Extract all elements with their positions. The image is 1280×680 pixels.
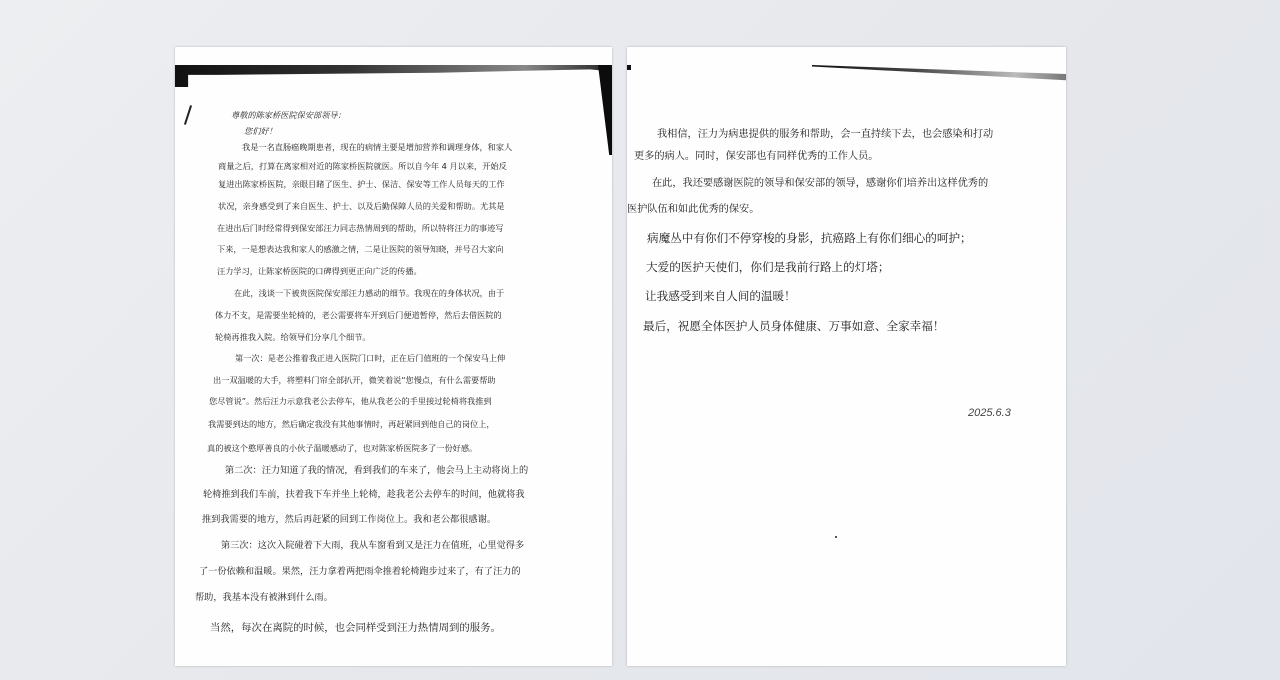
paragraph-line: 更多的病人。同时，保安部也有同样优秀的工作人员。 (634, 151, 879, 163)
paragraph-line: 轮椅再推我入院。给领导们分享几个细节。 (215, 331, 371, 343)
paragraph-line: 当然，每次在离院的时候，也会同样受到汪力热情周到的服务。 (210, 622, 501, 634)
pen-mark (184, 105, 192, 125)
paragraph-line: 我是一名直肠癌晚期患者，现在的病情主要是增加营养和调理身体，和家人 (242, 141, 512, 153)
paragraph-line: 下来，一是想表达我和家人的感激之情，二是让医院的领导知晓，并号召大家向 (217, 243, 504, 255)
letter-date: 2025.6.3 (968, 407, 1011, 419)
paragraph-line: 第三次：这次入院碰着下大雨，我从车窗看到又是汪力在值班，心里觉得多 (221, 540, 524, 552)
page-1: 尊敬的陈家桥医院保安部领导： 您们好！ 我是一名直肠癌晚期患者，现在的病情主要是… (175, 47, 612, 666)
scan-shadow-top (175, 65, 612, 87)
paragraph-line: 状况，亲身感受到了来自医生、护士、以及后勤保障人员的关爱和帮助。尤其是 (218, 200, 505, 212)
paragraph-line: 在进出后门时经常得到保安部汪力同志热情周到的帮助，所以特将汪力的事迹写 (217, 222, 504, 234)
paragraph-line: 我需要到达的地方，然后确定我没有其他事情时，再赶紧回到他自己的岗位上， (208, 418, 495, 430)
paragraph-line: 医护队伍和如此优秀的保安。 (627, 204, 759, 216)
paragraph-line: 在此，浅谈一下被贵医院保安部汪力感动的细节。我现在的身体状况，由于 (234, 287, 504, 299)
greeting: 您们好！ (244, 125, 277, 137)
paragraph-line: 出一双温暖的大手，将塑料门帘全部扒开，微笑着说“您慢点，有什么需要帮助 (213, 374, 496, 386)
paragraph-line: 商量之后，打算在离家相对近的陈家桥医院就医。所以自今年 4 月以来，开始反 (218, 160, 507, 172)
paragraph-line: 第二次：汪力知道了我的情况，看到我们的车来了，他会马上主动将岗上的 (225, 465, 528, 477)
salutation: 尊敬的陈家桥医院保安部领导： (231, 109, 346, 121)
document-viewer: 尊敬的陈家桥医院保安部领导： 您们好！ 我是一名直肠癌晚期患者，现在的病情主要是… (0, 0, 1280, 680)
paragraph-line: 我相信，汪力为病患提供的服务和帮助，会一直持续下去，也会感染和打动 (657, 129, 993, 141)
paragraph-line: 真的被这个憨厚善良的小伙子温暖感动了，也对陈家桥医院多了一份好感。 (207, 442, 477, 454)
paragraph-line: 复进出陈家桥医院，亲眼目睹了医生、护士、保洁、保安等工作人员每天的工作 (218, 178, 505, 190)
paragraph-line: 了一份依赖和温暖。果然，汪力拿着两把雨伞推着轮椅跑步过来了，有了汪力的 (199, 566, 521, 578)
paragraph-line: 体力不支，是需要坐轮椅的，老公需要将车开到后门便道暂停，然后去借医院的 (215, 309, 502, 321)
paragraph-line: 汪力学习，让陈家桥医院的口碑得到更正向广泛的传播。 (217, 265, 422, 277)
paragraph-line: 帮助，我基本没有被淋到什么雨。 (195, 592, 333, 604)
poem-line: 让我感受到来自人间的温暖！ (645, 289, 796, 303)
scan-corner-mark (627, 65, 631, 70)
paragraph-line: 轮椅推到我们车前，扶着我下车并坐上轮椅，趁我老公去停车的时间，他就将我 (203, 489, 525, 501)
scan-shadow-top (812, 65, 1066, 83)
poem-line: 大爱的医护天使们，你们是我前行路上的灯塔； (646, 260, 889, 274)
paragraph-line: 第一次：是老公推着我正进入医院门口时，正在后门值班的一个保安马上伸 (235, 352, 505, 364)
page-2: 我相信，汪力为病患提供的服务和帮助，会一直持续下去，也会感染和打动 更多的病人。… (627, 47, 1066, 666)
paragraph-line: 推到我需要的地方，然后再赶紧的回到工作岗位上。我和老公都很感谢。 (202, 514, 496, 526)
paragraph-line: 您尽管说”。然后汪力示意我老公去停车，他从我老公的手里接过轮椅将我推到 (209, 395, 492, 407)
scan-shadow-right (598, 65, 612, 155)
paragraph-line: 在此，我还要感谢医院的领导和保安部的领导，感谢你们培养出这样优秀的 (652, 178, 988, 190)
closing-line: 最后，祝愿全体医护人员身体健康、万事如意、全家幸福！ (643, 319, 944, 333)
scan-speck (835, 536, 837, 538)
poem-line: 病魔丛中有你们不停穿梭的身影，抗癌路上有你们细心的呵护； (647, 231, 972, 245)
